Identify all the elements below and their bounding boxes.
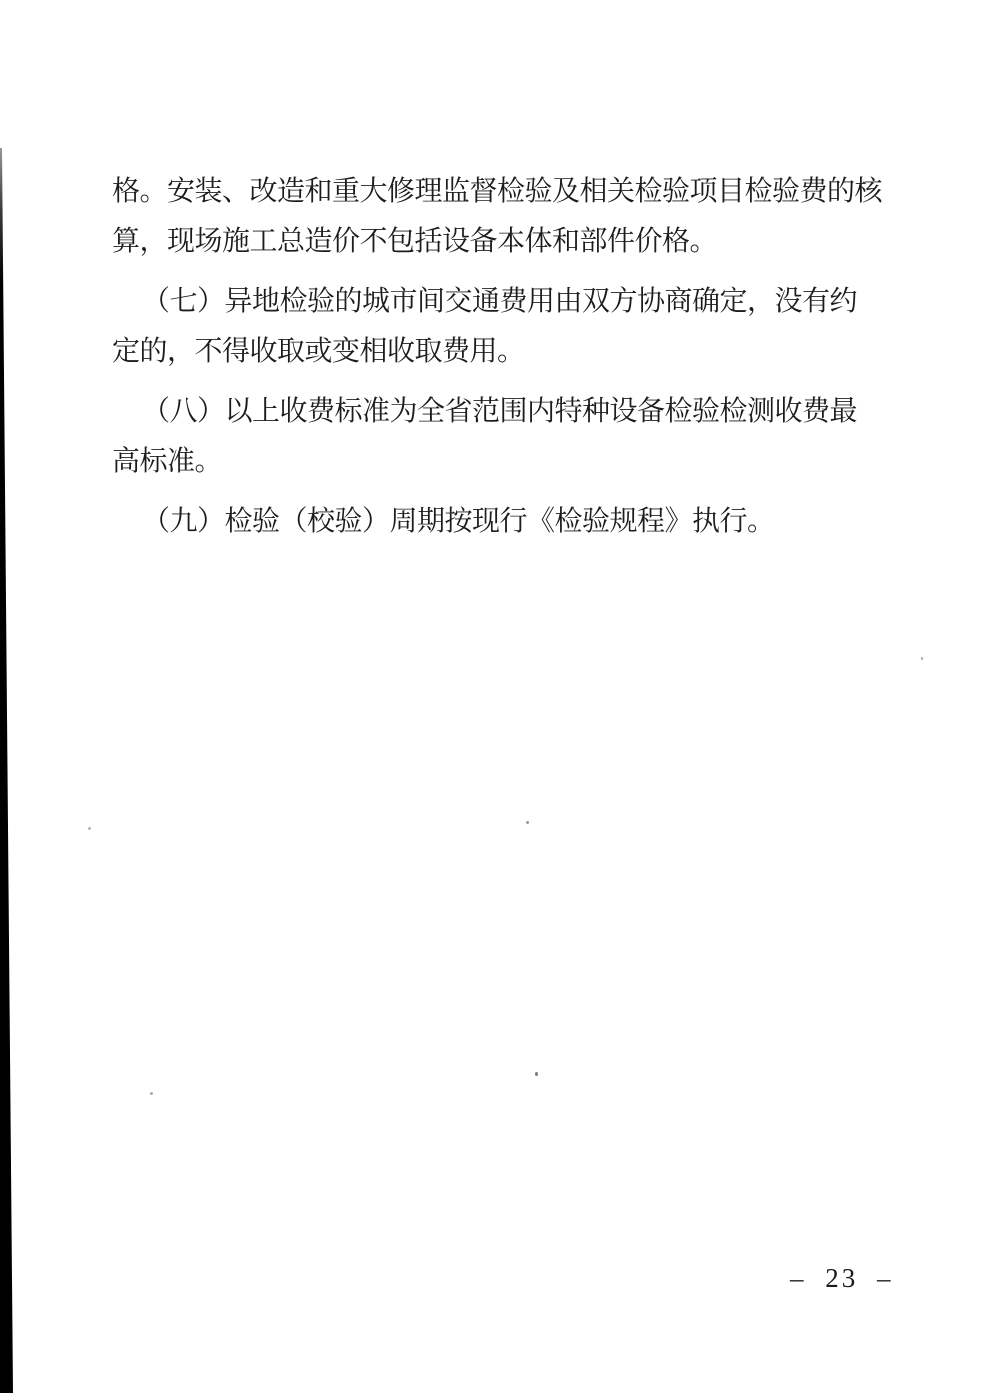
dust-speck <box>150 1092 153 1095</box>
text-line: （九）检验（校验）周期按现行《检验规程》执行。 <box>112 497 912 547</box>
scanned-document-page: 格。安装、改造和重大修理监督检验及相关检验项目检验费的核 算，现场施工总造价不包… <box>0 0 1000 1393</box>
dust-speck <box>526 821 529 824</box>
page-number: – 23 – <box>790 1262 894 1294</box>
text-line: 定的，不得收取或变相收取费用。 <box>112 327 912 377</box>
text-line: （七）异地检验的城市间交通费用由双方协商确定，没有约 <box>112 277 912 327</box>
text-line: 高标准。 <box>112 437 912 487</box>
paragraph-continuation: 格。安装、改造和重大修理监督检验及相关检验项目检验费的核 算，现场施工总造价不包… <box>112 167 912 267</box>
paragraph-item-8: （八）以上收费标准为全省范围内特种设备检验检测收费最 高标准。 <box>112 387 912 487</box>
document-body-text: 格。安装、改造和重大修理监督检验及相关检验项目检验费的核 算，现场施工总造价不包… <box>112 167 912 557</box>
text-line: （八）以上收费标准为全省范围内特种设备检验检测收费最 <box>112 387 912 437</box>
text-line: 格。安装、改造和重大修理监督检验及相关检验项目检验费的核 <box>112 167 912 217</box>
dust-speck <box>921 657 923 660</box>
dust-speck <box>88 827 91 830</box>
paragraph-item-9: （九）检验（校验）周期按现行《检验规程》执行。 <box>112 497 912 547</box>
paragraph-item-7: （七）异地检验的城市间交通费用由双方协商确定，没有约 定的，不得收取或变相收取费… <box>112 277 912 377</box>
text-line: 算，现场施工总造价不包括设备本体和部件价格。 <box>112 217 912 267</box>
dust-speck <box>535 1072 538 1076</box>
left-scan-edge-artifact <box>0 148 14 1393</box>
